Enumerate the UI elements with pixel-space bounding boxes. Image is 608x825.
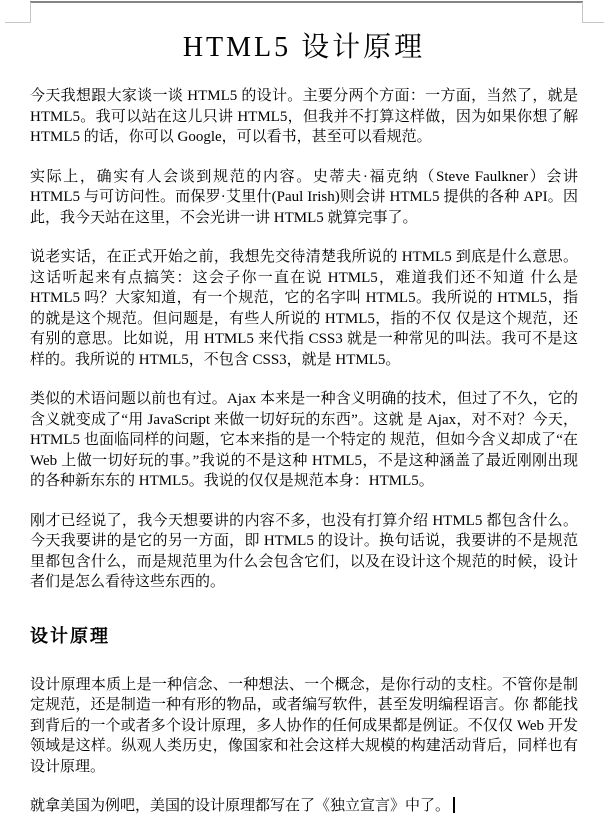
paragraph-intro-2[interactable]: 实际上，确实有人会谈到规范的内容。史蒂夫·福克纳（Steve Faulkner）…	[30, 167, 578, 229]
document-page[interactable]: HTML5 设计原理 今天我想跟大家谈一谈 HTML5 的设计。主要分两个方面：…	[0, 0, 608, 825]
document-title[interactable]: HTML5 设计原理	[30, 25, 578, 65]
text-cursor	[453, 797, 455, 813]
paragraph-intro-3[interactable]: 说老实话，在正式开始之前，我想先交待清楚我所说的 HTML5 到底是什么意思。这…	[30, 247, 578, 370]
text-boundary-mark-left	[5, 2, 31, 23]
paragraph-intro-5[interactable]: 刚才已经说了，我今天想要讲的内容不多，也没有打算介绍 HTML5 都包含什么。今…	[30, 511, 578, 593]
section-heading-design-principles[interactable]: 设计原理	[30, 622, 578, 648]
page-top-boundary-line	[30, 1, 583, 3]
paragraph-intro-4[interactable]: 类似的术语问题以前也有过。Ajax 本来是一种含义明确的技术，但过了不久，它的含…	[30, 389, 578, 492]
text-boundary-mark-right	[582, 2, 604, 23]
paragraph-intro-1[interactable]: 今天我想跟大家谈一谈 HTML5 的设计。主要分两个方面：一方面，当然了，就是 …	[30, 86, 578, 148]
paragraph-section-1[interactable]: 设计原理本质上是一种信念、一种想法、一个概念，是你行动的支柱。不管你是制定规范，…	[30, 675, 578, 778]
paragraph-section-2-text: 就拿美国为例吧，美国的设计原理都写在了《独立宣言》中了。	[30, 798, 450, 814]
paragraph-section-2[interactable]: 就拿美国为例吧，美国的设计原理都写在了《独立宣言》中了。	[30, 796, 578, 817]
document-content: HTML5 设计原理 今天我想跟大家谈一谈 HTML5 的设计。主要分两个方面：…	[0, 25, 608, 817]
